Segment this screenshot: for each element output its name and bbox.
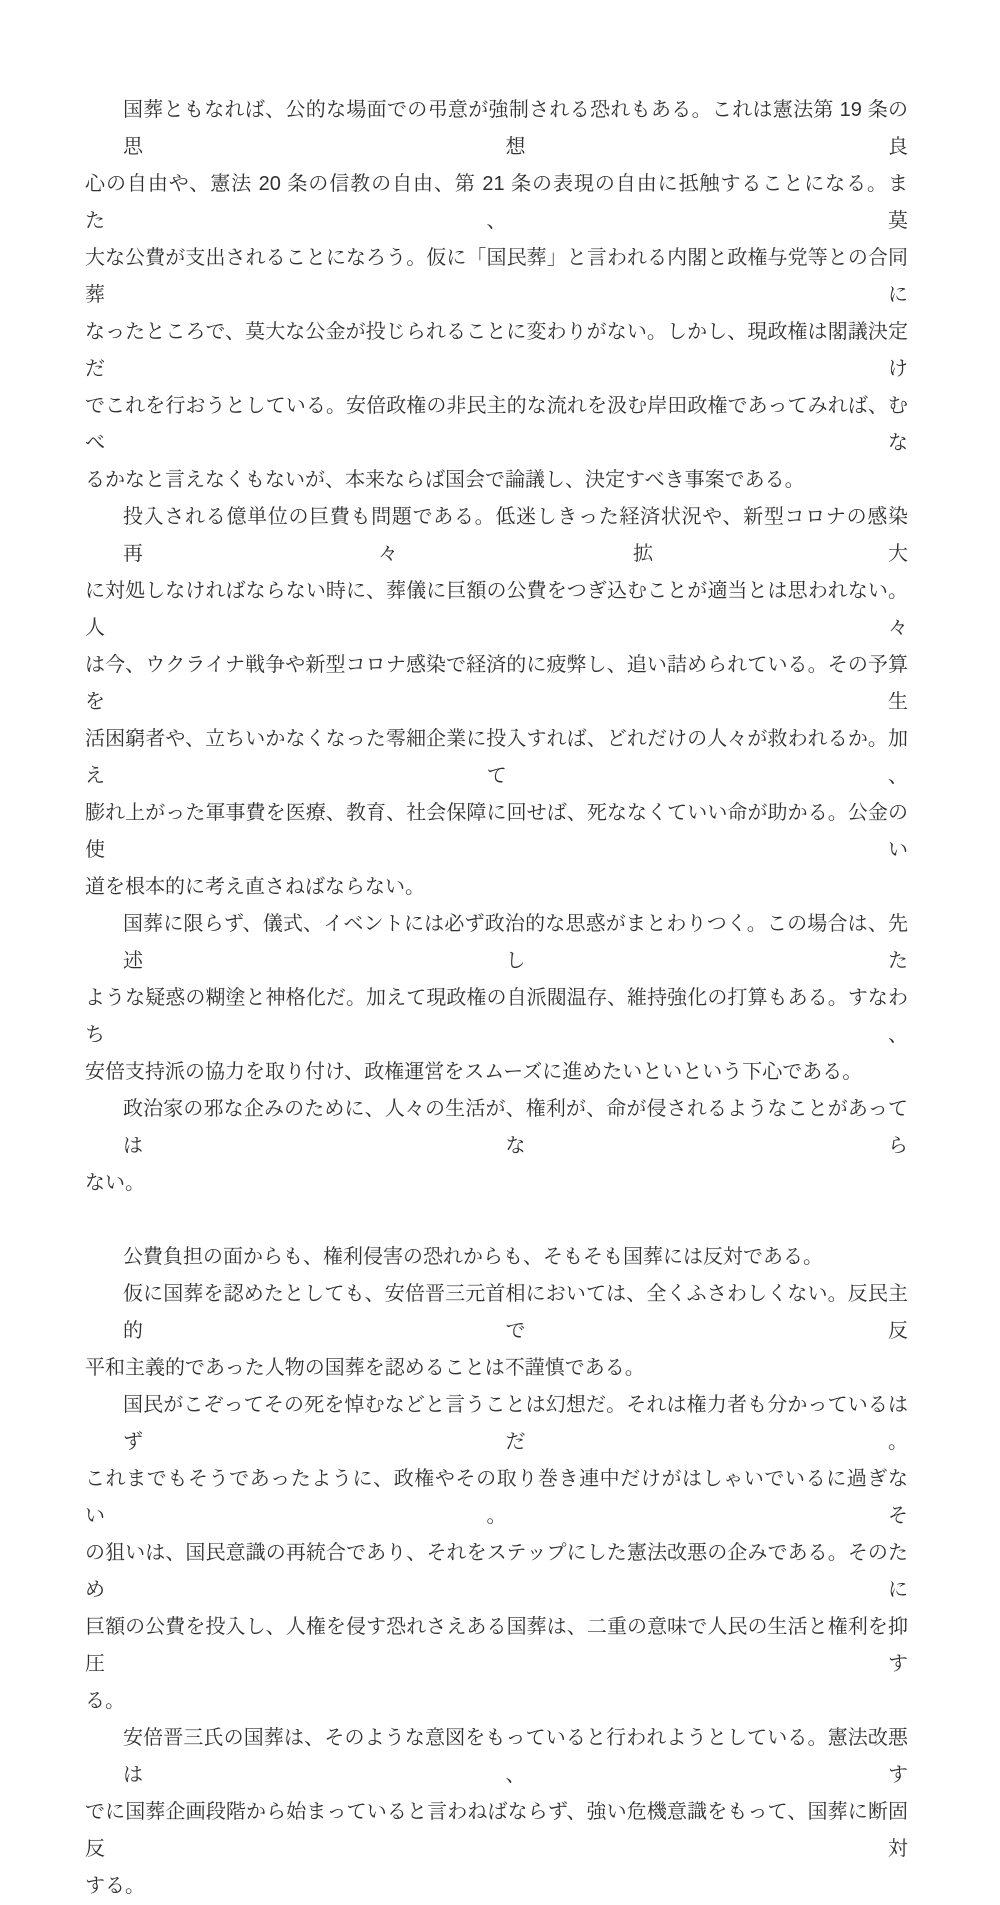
text-line: に対処しなければならない時に、葬儀に巨額の公費をつぎ込むことが適当とは思われない…	[85, 573, 908, 647]
paragraph: 国民がこぞってその死を悼むなどと言うことは幻想だ。それは権力者も分かっているはず…	[85, 1387, 908, 1720]
text-line: でに国葬企画段階から始まっていると言わねばならず、強い危機意識をもって、国葬に断…	[85, 1794, 908, 1868]
text-line: 国民がこぞってその死を悼むなどと言うことは幻想だ。それは権力者も分かっているはず…	[85, 1387, 908, 1461]
text-line: は今、ウクライナ戦争や新型コロナ感染で経済的に疲弊し、追い詰められている。その予…	[85, 647, 908, 721]
text-line: 国葬ともなれば、公的な場面での弔意が強制される恐れもある。これは憲法第 19 条…	[85, 92, 908, 166]
text-line: 安倍晋三氏の国葬は、そのような意図をもっていると行われようとしている。憲法改悪は…	[85, 1720, 908, 1794]
text-line: 巨額の公費を投入し、人権を侵す恐れさえある国葬は、二重の意味で人民の生活と権利を…	[85, 1609, 908, 1683]
text-line: ない。	[85, 1165, 908, 1202]
text-line: 平和主義的であった人物の国葬を認めることは不謹慎である。	[85, 1350, 908, 1387]
text-line: 公費負担の面からも、権利侵害の恐れからも、そもそも国葬には反対である。	[85, 1239, 908, 1276]
text-line: 安倍支持派の協力を取り付け、政権運営をスムーズに進めたいといという下心である。	[85, 1054, 908, 1091]
text-line: るかなと言えなくもないが、本来ならば国会で論議し、決定すべき事案である。	[85, 462, 908, 499]
paragraph: 安倍晋三氏の国葬は、そのような意図をもっていると行われようとしている。憲法改悪は…	[85, 1720, 908, 1905]
text-line: る。	[85, 1683, 908, 1720]
text-line: 投入される億単位の巨費も問題である。低迷しきった経済状況や、新型コロナの感染再々…	[85, 499, 908, 573]
text-line: でこれを行おうとしている。安倍政権の非民主的な流れを汲む岸田政権であってみれば、…	[85, 388, 908, 462]
text-line: 膨れ上がった軍事費を医療、教育、社会保障に回せば、死ななくていい命が助かる。公金…	[85, 795, 908, 869]
text-line: これまでもそうであったように、政権やその取り巻き連中だけがはしゃいでいるに過ぎな…	[85, 1461, 908, 1535]
text-line: の狙いは、国民意識の再統合であり、それをステップにした憲法改悪の企みである。その…	[85, 1535, 908, 1609]
paragraph: 仮に国葬を認めたとしても、安倍晋三元首相においては、全くふさわしくない。反民主的…	[85, 1276, 908, 1387]
paragraph: 政治家の邪な企みのために、人々の生活が、権利が、命が侵されるようなことがあっては…	[85, 1091, 908, 1202]
paragraph: 投入される億単位の巨費も問題である。低迷しきった経済状況や、新型コロナの感染再々…	[85, 499, 908, 906]
paragraph: 国葬ともなれば、公的な場面での弔意が強制される恐れもある。これは憲法第 19 条…	[85, 92, 908, 499]
text-line: 心の自由や、憲法 20 条の信教の自由、第 21 条の表現の自由に抵触することに…	[85, 166, 908, 240]
paragraph: 国葬に限らず、儀式、イベントには必ず政治的な思惑がまとわりつく。この場合は、先述…	[85, 906, 908, 1091]
text-line: 国葬に限らず、儀式、イベントには必ず政治的な思惑がまとわりつく。この場合は、先述…	[85, 906, 908, 980]
text-line: なったところで、莫大な公金が投じられることに変わりがない。しかし、現政権は閣議決…	[85, 314, 908, 388]
text-line: 政治家の邪な企みのために、人々の生活が、権利が、命が侵されるようなことがあっては…	[85, 1091, 908, 1165]
text-line: 仮に国葬を認めたとしても、安倍晋三元首相においては、全くふさわしくない。反民主的…	[85, 1276, 908, 1350]
text-line: 大な公費が支出されることになろう。仮に「国民葬」と言われる内閣と政権与党等との合…	[85, 240, 908, 314]
text-line: 活困窮者や、立ちいかなくなった零細企業に投入すれば、どれだけの人々が救われるか。…	[85, 721, 908, 795]
paragraph: 公費負担の面からも、権利侵害の恐れからも、そもそも国葬には反対である。	[85, 1239, 908, 1276]
text-line: 道を根本的に考え直さねばならない。	[85, 869, 908, 906]
text-line: する。	[85, 1868, 908, 1905]
document-page: 国葬ともなれば、公的な場面での弔意が強制される恐れもある。これは憲法第 19 条…	[85, 92, 908, 1905]
text-line: ような疑惑の糊塗と神格化だ。加えて現政権の自派閥温存、維持強化の打算もある。すな…	[85, 980, 908, 1054]
